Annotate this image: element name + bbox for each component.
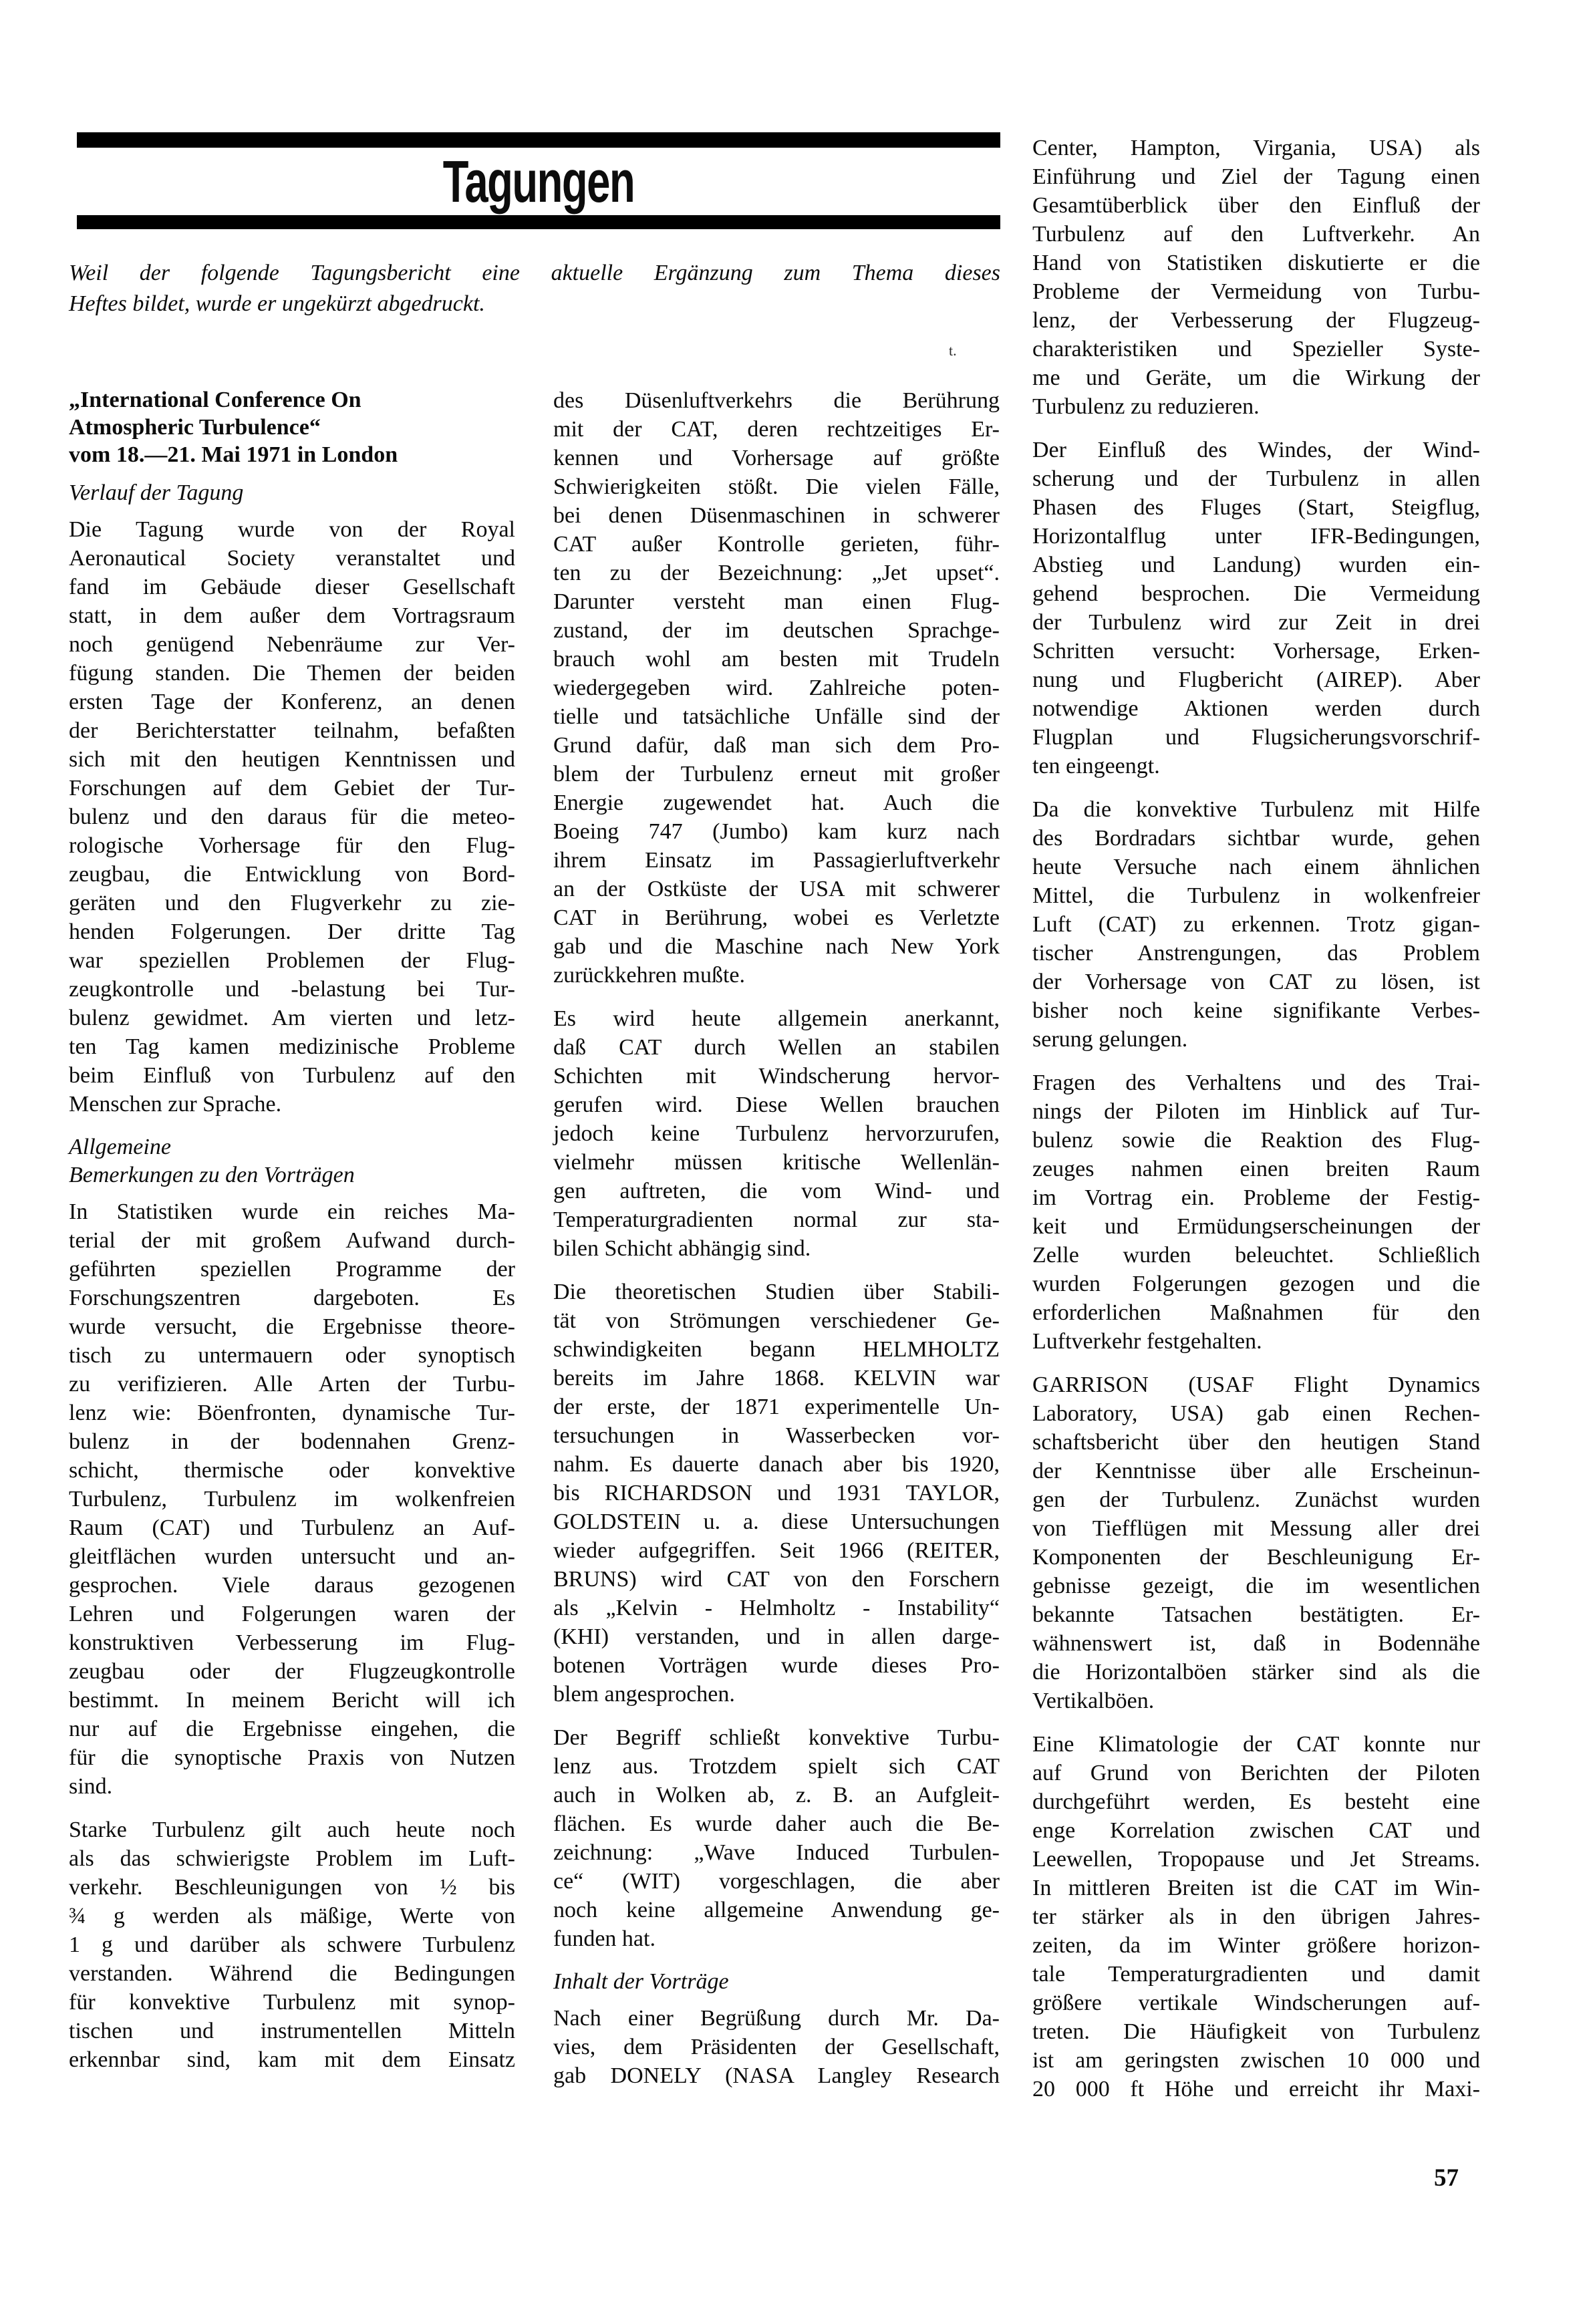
text-line: nahm. Es dauerte danach aber bis 1920,	[553, 1450, 1000, 1479]
text-line: wähnenswert ist, daß in Bodennähe	[1032, 1629, 1480, 1658]
text-line: bilen Schicht abhängig sind.	[553, 1234, 1000, 1263]
text-line: fügung standen. Die Themen der beiden	[69, 659, 515, 688]
text-line: Schwierigkeiten stößt. Die vielen Fälle,	[553, 472, 1000, 501]
text-line: fand im Gebäude dieser Gesellschaft	[69, 573, 515, 601]
heading-italic: Inhalt der Vorträge	[553, 1968, 1000, 1996]
text-line: Horizontalflug unter IFR-Bedingungen,	[1032, 522, 1480, 551]
text-line: Raum (CAT) und Turbulenz an Auf-	[69, 1513, 515, 1542]
text-line: der Vorhersage von CAT zu lösen, ist	[1032, 968, 1480, 996]
text-line: funden hat.	[553, 1924, 1000, 1953]
text-line: Nach einer Begrüßung durch Mr. Da-	[553, 2004, 1000, 2033]
text-line: Darunter versteht man einen Flug-	[553, 587, 1000, 616]
text-line: von Tiefflügen mit Messung aller drei	[1032, 1514, 1480, 1543]
heading-line: Bemerkungen zu den Vorträgen	[69, 1161, 515, 1189]
heading-italic: Verlauf der Tagung	[69, 479, 515, 507]
text-line: beim Einfluß von Turbulenz auf den	[69, 1061, 515, 1090]
text-line: schaftsbericht über den heutigen Stand	[1032, 1428, 1480, 1457]
text-line: Vertikalböen.	[1032, 1687, 1480, 1715]
text-line: Aeronautical Society veranstaltet und	[69, 544, 515, 573]
text-line: ter stärker als in den übrigen Jahres-	[1032, 1902, 1480, 1931]
text-line: zeugbau oder der Flugzeugkontrolle	[69, 1657, 515, 1686]
editorial-note: Weil der folgende Tagungsbericht eine ak…	[69, 258, 1000, 319]
text-line: statt, in dem außer dem Vortragsraum	[69, 601, 515, 630]
text-line: gerufen wird. Diese Wellen brauchen	[553, 1091, 1000, 1119]
text-line: bulenz und den daraus für die meteo-	[69, 803, 515, 831]
column-2: des Düsenluftverkehrs die Berührungmit d…	[553, 386, 1000, 2105]
text-line: zeugbau, die Entwicklung von Bord-	[69, 860, 515, 889]
text-line: tisch zu untermauern oder synoptisch	[69, 1341, 515, 1370]
text-line: tielle und tatsächliche Unfälle sind der	[553, 702, 1000, 731]
text-line: lenz, der Verbesserung der Flugzeug-	[1032, 306, 1480, 335]
text-line: ist am geringsten zwischen 10 000 und	[1032, 2046, 1480, 2075]
text-line: gen auftreten, die vom Wind- und	[553, 1177, 1000, 1205]
text-line: der Kenntnisse über alle Erscheinun-	[1032, 1457, 1480, 1485]
text-line: des Bordradars sichtbar wurde, gehen	[1032, 824, 1480, 853]
text-line: Phasen des Fluges (Start, Steigflug,	[1032, 493, 1480, 522]
text-line: 20 000 ft Höhe und erreicht ihr Maxi-	[1032, 2075, 1480, 2103]
text-line: gebnisse gezeigt, die im wesentlichen	[1032, 1572, 1480, 1600]
text-line: größere vertikale Windscherungen auf-	[1032, 1989, 1480, 2017]
text-line: für die synoptische Praxis von Nutzen	[69, 1743, 515, 1772]
text-line: bei denen Düsenmaschinen in schwerer	[553, 501, 1000, 530]
paragraph: Der Begriff schließt konvektive Turbu-le…	[553, 1723, 1000, 1953]
text-line: bestimmt. In meinem Bericht will ich	[69, 1686, 515, 1715]
text-line: Gesamtüberblick über den Einfluß der	[1032, 191, 1480, 220]
text-line: Probleme der Vermeidung von Turbu-	[1032, 277, 1480, 306]
text-line: Laboratory, USA) gab einen Rechen-	[1032, 1399, 1480, 1428]
text-line: BRUNS) wird CAT von den Forschern	[553, 1565, 1000, 1594]
text-line: terial der mit großem Aufwand durch-	[69, 1226, 515, 1255]
text-line: Turbulenz auf den Luftverkehr. An	[1032, 220, 1480, 249]
masthead-rule-bottom	[77, 215, 1000, 229]
text-line: Center, Hampton, Virgania, USA) als	[1032, 134, 1480, 162]
text-line: wurden Folgerungen gezogen und die	[1032, 1270, 1480, 1298]
text-line: gehend besprochen. Die Vermeidung	[1032, 579, 1480, 608]
text-line: Hand von Statistiken diskutierte er die	[1032, 249, 1480, 277]
text-line: auch in Wolken ab, z. B. an Aufgleit-	[553, 1781, 1000, 1809]
text-line: Der Begriff schließt konvektive Turbu-	[553, 1723, 1000, 1752]
text-line: der Turbulenz wird zur Zeit in drei	[1032, 608, 1480, 637]
paragraph: Die theoretischen Studien über Stabili-t…	[553, 1278, 1000, 1709]
text-line: treten. Die Häufigkeit von Turbulenz	[1032, 2017, 1480, 2046]
text-line: ersten Tage der Konferenz, an denen	[69, 688, 515, 716]
text-line: Luftverkehr festgehalten.	[1032, 1327, 1480, 1356]
paragraph: Da die konvektive Turbulenz mit Hilfedes…	[1032, 795, 1480, 1054]
text-line: wurde versucht, die Ergebnisse theore-	[69, 1312, 515, 1341]
text-line: wiedergegeben wird. Zahlreiche poten-	[553, 674, 1000, 702]
text-line: zeichnung: „Wave Induced Turbulen-	[553, 1838, 1000, 1867]
text-line: war speziellen Problemen der Flug-	[69, 946, 515, 975]
text-line: tischer Anstrengungen, das Problem	[1032, 939, 1480, 968]
print-artifact: t.	[949, 342, 957, 359]
heading-line: „International Conference On	[69, 386, 515, 414]
text-line: Schichten mit Windscherung hervor-	[553, 1062, 1000, 1091]
section-masthead: Tagungen	[77, 132, 1000, 230]
text-line: henden Folgerungen. Der dritte Tag	[69, 917, 515, 946]
text-line: 1 g und darüber als schwere Turbulenz	[69, 1930, 515, 1959]
text-line: flächen. Es wurde daher auch die Be-	[553, 1809, 1000, 1838]
heading-bold: „International Conference OnAtmospheric …	[69, 386, 515, 468]
text-line: Energie zugewendet hat. Auch die	[553, 788, 1000, 817]
text-line: gab DONELY (NASA Langley Research	[553, 2061, 1000, 2090]
text-line: noch keine allgemeine Anwendung ge-	[553, 1896, 1000, 1924]
heading-line: Allgemeine	[69, 1133, 515, 1161]
editorial-note-line: Heftes bildet, wurde er ungekürzt abgedr…	[69, 289, 1000, 319]
text-line: ten Tag kamen medizinische Probleme	[69, 1032, 515, 1061]
paragraph: In Statistiken wurde ein reiches Ma-teri…	[69, 1197, 515, 1801]
text-line: enge Korrelation zwischen CAT und	[1032, 1816, 1480, 1845]
text-line: jedoch keine Turbulenz hervorzurufen,	[553, 1119, 1000, 1148]
editorial-note-line: Weil der folgende Tagungsbericht eine ak…	[69, 258, 1000, 289]
paragraph: Der Einfluß des Windes, der Wind-scherun…	[1032, 436, 1480, 780]
text-line: rologische Vorhersage für den Flug-	[69, 831, 515, 860]
text-line: charakteristiken und Spezieller Syste-	[1032, 335, 1480, 364]
text-line: zu verifizieren. Alle Arten der Turbu-	[69, 1370, 515, 1399]
text-line: CAT in Berührung, wobei es Verletzte	[553, 903, 1000, 932]
text-line: Leewellen, Tropopause und Jet Streams.	[1032, 1845, 1480, 1874]
text-line: GARRISON (USAF Flight Dynamics	[1032, 1370, 1480, 1399]
heading-line: Inhalt der Vorträge	[553, 1968, 1000, 1996]
text-line: mit der CAT, deren rechtzeitiges Er-	[553, 415, 1000, 444]
text-line: In Statistiken wurde ein reiches Ma-	[69, 1197, 515, 1226]
text-line: bulenz sowie die Reaktion des Flug-	[1032, 1126, 1480, 1155]
text-line: bulenz in der bodennahen Grenz-	[69, 1427, 515, 1456]
paragraph: Die Tagung wurde von der RoyalAeronautic…	[69, 515, 515, 1119]
text-line: vielmehr müssen kritische Wellenlän-	[553, 1148, 1000, 1177]
text-line: tischen und instrumentellen Mitteln	[69, 2017, 515, 2045]
text-line: gab und die Maschine nach New York	[553, 932, 1000, 961]
text-line: geführten speziellen Programme der	[69, 1255, 515, 1284]
text-line: zeuges nahmen einen breiten Raum	[1032, 1155, 1480, 1183]
text-line: tät von Strömungen verschiedener Ge-	[553, 1306, 1000, 1335]
text-line: Temperaturgradienten normal zur sta-	[553, 1205, 1000, 1234]
text-line: Forschungen auf dem Gebiet der Tur-	[69, 774, 515, 803]
text-line: im Vortrag ein. Probleme der Festig-	[1032, 1183, 1480, 1212]
text-line: noch genügend Nebenräume zur Ver-	[69, 630, 515, 659]
text-line: lenz wie: Böenfronten, dynamische Tur-	[69, 1399, 515, 1427]
paragraph: Es wird heute allgemein anerkannt,daß CA…	[553, 1004, 1000, 1263]
text-line: auf Grund von Berichten der Piloten	[1032, 1759, 1480, 1787]
section-title: Tagungen	[206, 152, 871, 211]
text-line: schwindigkeiten begann HELMHOLTZ	[553, 1335, 1000, 1364]
text-line: Forschungszentren dargeboten. Es	[69, 1284, 515, 1312]
paragraph: GARRISON (USAF Flight DynamicsLaboratory…	[1032, 1370, 1480, 1715]
text-line: bekannte Tatsachen bestätigten. Er-	[1032, 1600, 1480, 1629]
paragraph: Eine Klimatologie der CAT konnte nurauf …	[1032, 1730, 1480, 2103]
text-line: In mittleren Breiten ist die CAT im Win-	[1032, 1874, 1480, 1902]
text-line: daß CAT durch Wellen an stabilen	[553, 1033, 1000, 1062]
text-line: Einführung und Ziel der Tagung einen	[1032, 162, 1480, 191]
text-line: ten zu der Bezeichnung: „Jet upset“.	[553, 559, 1000, 587]
text-line: wieder aufgegriffen. Seit 1966 (REITER,	[553, 1536, 1000, 1565]
text-line: ce“ (WIT) vorgeschlagen, die aber	[553, 1867, 1000, 1896]
text-line: ¾ g werden als mäßige, Werte von	[69, 1902, 515, 1930]
text-line: brauch wohl am besten mit Trudeln	[553, 645, 1000, 674]
text-line: zurückkehren mußte.	[553, 961, 1000, 990]
text-line: Mittel, die Turbulenz in wolkenfreier	[1032, 881, 1480, 910]
text-line: verkehr. Beschleunigungen von ½ bis	[69, 1873, 515, 1902]
heading-italic: AllgemeineBemerkungen zu den Vorträgen	[69, 1133, 515, 1189]
text-line: sind.	[69, 1772, 515, 1801]
heading-line: Verlauf der Tagung	[69, 479, 515, 507]
text-line: notwendige Aktionen werden durch	[1032, 694, 1480, 723]
text-line: ten eingeengt.	[1032, 752, 1480, 780]
text-line: Die theoretischen Studien über Stabili-	[553, 1278, 1000, 1306]
text-line: Luft (CAT) zu erkennen. Trotz gigan-	[1032, 910, 1480, 939]
text-line: botenen Vorträgen wurde dieses Pro-	[553, 1651, 1000, 1680]
text-line: lenz aus. Trotzdem spielt sich CAT	[553, 1752, 1000, 1781]
journal-page: Tagungen t. Weil der folgende Tagungsber…	[0, 0, 1593, 2324]
text-line: erforderlichen Maßnahmen für den	[1032, 1298, 1480, 1327]
text-line: scherung und der Turbulenz in allen	[1032, 464, 1480, 493]
text-line: für konvektive Turbulenz mit synop-	[69, 1988, 515, 2017]
paragraph: Starke Turbulenz gilt auch heute nochals…	[69, 1815, 515, 2074]
text-line: nings der Piloten im Hinblick auf Tur-	[1032, 1097, 1480, 1126]
text-line: Fragen des Verhaltens und des Trai-	[1032, 1068, 1480, 1097]
text-line: bereits im Jahre 1868. KELVIN war	[553, 1364, 1000, 1393]
text-line: Der Einfluß des Windes, der Wind-	[1032, 436, 1480, 464]
text-line: ihrem Einsatz im Passagierluftverkehr	[553, 846, 1000, 875]
text-line: der erste, der 1871 experimentelle Un-	[553, 1393, 1000, 1421]
column-3: Center, Hampton, Virgania, USA) alsEinfü…	[1032, 134, 1480, 2118]
column-1: „International Conference OnAtmospheric …	[69, 386, 515, 2089]
text-line: gleitflächen wurden untersucht und an-	[69, 1542, 515, 1571]
text-line: (KHI) verstanden, und in allen darge-	[553, 1622, 1000, 1651]
text-line: Turbulenz, Turbulenz im wolkenfreien	[69, 1485, 515, 1513]
text-line: vies, dem Präsidenten der Gesellschaft,	[553, 2033, 1000, 2061]
text-line: CAT außer Kontrolle gerieten, führ-	[553, 530, 1000, 559]
text-line: Da die konvektive Turbulenz mit Hilfe	[1032, 795, 1480, 824]
text-line: heute Versuche nach einem ähnlichen	[1032, 853, 1480, 881]
text-line: Flugplan und Flugsicherungsvorschrif-	[1032, 723, 1480, 752]
text-line: nung und Flugbericht (AIREP). Aber	[1032, 666, 1480, 694]
text-line: Lehren und Folgerungen waren der	[69, 1600, 515, 1628]
text-line: bulenz gewidmet. Am vierten und letz-	[69, 1004, 515, 1032]
text-line: me und Geräte, um die Wirkung der	[1032, 364, 1480, 392]
text-line: Boeing 747 (Jumbo) kam kurz nach	[553, 817, 1000, 846]
text-line: verstanden. Während die Bedingungen	[69, 1959, 515, 1988]
text-line: nur auf die Ergebnisse eingehen, die	[69, 1715, 515, 1743]
text-line: des Düsenluftverkehrs die Berührung	[553, 386, 1000, 415]
text-line: zustand, der im deutschen Sprachge-	[553, 616, 1000, 645]
text-line: Starke Turbulenz gilt auch heute noch	[69, 1815, 515, 1844]
text-line: gen der Turbulenz. Zunächst wurden	[1032, 1485, 1480, 1514]
text-line: gesprochen. Viele daraus gezogenen	[69, 1571, 515, 1600]
text-line: keit und Ermüdungserscheinungen der	[1032, 1212, 1480, 1241]
text-line: geräten und den Flugverkehr zu zie-	[69, 889, 515, 917]
text-line: Es wird heute allgemein anerkannt,	[553, 1004, 1000, 1033]
text-line: serung gelungen.	[1032, 1025, 1480, 1054]
text-line: sich mit den heutigen Kenntnissen und	[69, 745, 515, 774]
paragraph: Fragen des Verhaltens und des Trai-nings…	[1032, 1068, 1480, 1356]
text-line: bisher noch keine signifikante Verbes-	[1032, 996, 1480, 1025]
text-line: GOLDSTEIN u. a. diese Untersuchungen	[553, 1507, 1000, 1536]
text-line: kennen und Vorhersage auf größte	[553, 444, 1000, 472]
text-line: tersuchungen in Wasserbecken vor-	[553, 1421, 1000, 1450]
text-line: durchgeführt werden, Es besteht eine	[1032, 1787, 1480, 1816]
text-line: konstruktiven Verbesserung im Flug-	[69, 1628, 515, 1657]
masthead-rule-top	[77, 132, 1000, 148]
text-line: erkennbar sind, kam mit dem Einsatz	[69, 2045, 515, 2074]
text-line: schicht, thermische oder konvektive	[69, 1456, 515, 1485]
text-line: der Berichterstatter teilnahm, befaßten	[69, 716, 515, 745]
text-line: Schritten versucht: Vorhersage, Erken-	[1032, 637, 1480, 666]
text-line: Turbulenz zu reduzieren.	[1032, 392, 1480, 421]
paragraph: Nach einer Begrüßung durch Mr. Da-vies, …	[553, 2004, 1000, 2090]
text-line: als „Kelvin - Helmholtz - Instability“	[553, 1594, 1000, 1622]
text-line: Eine Klimatologie der CAT konnte nur	[1032, 1730, 1480, 1759]
page-number: 57	[1434, 2164, 1459, 2192]
text-line: zeugkontrolle und -belastung bei Tur-	[69, 975, 515, 1004]
text-line: an der Ostküste der USA mit schwerer	[553, 875, 1000, 903]
text-line: bis RICHARDSON und 1931 TAYLOR,	[553, 1479, 1000, 1507]
heading-line: vom 18.—21. Mai 1971 in London	[69, 441, 515, 468]
text-line: die Horizontalböen stärker sind als die	[1032, 1658, 1480, 1687]
text-line: zeiten, da im Winter größere horizon-	[1032, 1931, 1480, 1960]
text-line: Die Tagung wurde von der Royal	[69, 515, 515, 544]
text-line: Grund dafür, daß man sich dem Pro-	[553, 731, 1000, 760]
text-line: Komponenten der Beschleunigung Er-	[1032, 1543, 1480, 1572]
text-line: als das schwierigste Problem im Luft-	[69, 1844, 515, 1873]
heading-line: Atmospheric Turbulence“	[69, 414, 515, 441]
text-line: Zelle wurden beleuchtet. Schließlich	[1032, 1241, 1480, 1270]
text-line: blem angesprochen.	[553, 1680, 1000, 1709]
text-line: blem der Turbulenz erneut mit großer	[553, 760, 1000, 788]
text-line: Menschen zur Sprache.	[69, 1090, 515, 1119]
text-line: Abstieg und Landung) wurden ein-	[1032, 551, 1480, 579]
paragraph: Center, Hampton, Virgania, USA) alsEinfü…	[1032, 134, 1480, 421]
text-line: tale Temperaturgradienten und damit	[1032, 1960, 1480, 1989]
paragraph: des Düsenluftverkehrs die Berührungmit d…	[553, 386, 1000, 990]
